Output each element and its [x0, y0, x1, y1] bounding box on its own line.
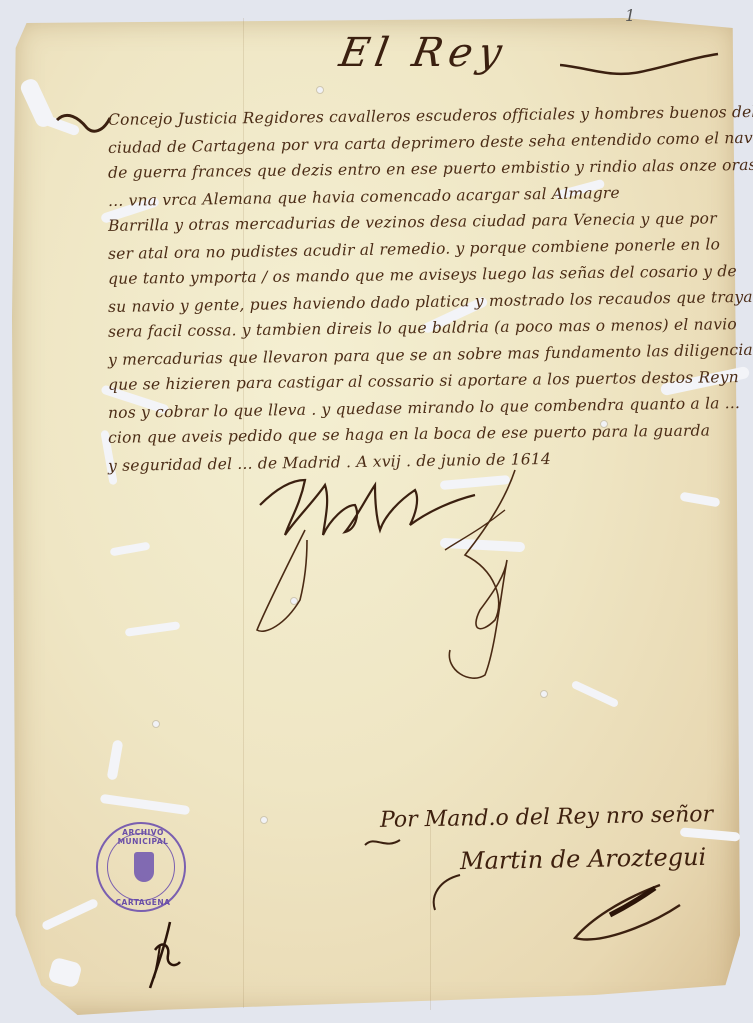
countersignature-flourish-icon — [360, 820, 720, 960]
folio-number: 1 — [625, 6, 635, 25]
stamp-top-text: ARCHIVO MUNICIPAL — [98, 828, 188, 846]
heading-flourish-icon — [560, 40, 720, 80]
archive-stamp: ARCHIVO MUNICIPAL CARTAGENA — [96, 822, 186, 912]
wormhole — [540, 690, 548, 698]
royal-signature-yo-el-rey: Yo el Rey — [240, 460, 570, 690]
coat-of-arms-icon — [134, 852, 154, 882]
document-heading: El Rey — [336, 30, 511, 76]
wormhole — [316, 86, 324, 94]
wormhole — [260, 816, 268, 824]
letter-body: Concejo Justicia Regidores cavalleros es… — [108, 103, 738, 474]
stamp-bottom-text: CARTAGENA — [98, 898, 188, 907]
paragraph-flourish-icon — [55, 110, 115, 140]
wormhole — [152, 720, 160, 728]
rubric-mark-icon — [140, 920, 190, 990]
